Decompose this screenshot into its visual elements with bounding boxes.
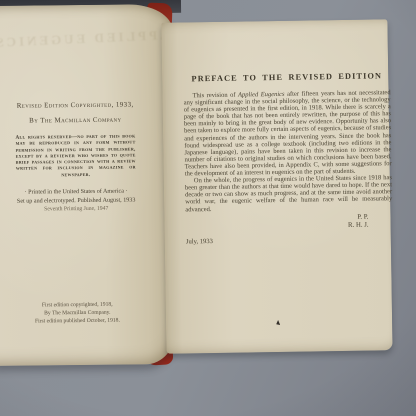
published-august-line: Set up and electrotyped. Published Augus…	[16, 198, 136, 205]
first-edition-block: First edition copyrighted, 1918, By The …	[17, 300, 137, 325]
ink-speck	[276, 320, 280, 325]
ghost-showthrough-text: APPLIED EUGENICS	[0, 27, 173, 51]
open-book-photo: APPLIED EUGENICS Revised Edition Copyrig…	[0, 0, 416, 416]
preface-text-block: PREFACE TO THE REVISED EDITION This revi…	[183, 71, 393, 245]
right-page: PREFACE TO THE REVISED EDITION This revi…	[161, 19, 392, 354]
copyright-block: Revised Edition Copyrighted, 1933, By Th…	[15, 100, 136, 212]
macmillan-company-line: By The Macmillan Company	[15, 115, 135, 124]
left-page: APPLIED EUGENICS Revised Edition Copyrig…	[0, 4, 176, 366]
preface-heading: PREFACE TO THE REVISED EDITION	[183, 71, 390, 83]
preface-paragraph-2: On the whole, the progress of eugenics i…	[185, 174, 393, 213]
author-initials-rhj: R. H. J.	[186, 222, 369, 233]
all-rights-reserved-notice: All rights reserved—no part of this book…	[15, 133, 135, 178]
author-initials: P. P. R. H. J.	[185, 213, 392, 233]
first-edition-line-3: First edition published October, 1918.	[17, 316, 137, 325]
revised-edition-copyright-line: Revised Edition Copyrighted, 1933,	[15, 100, 135, 109]
seventh-printing-line: Seventh Printing June, 1947	[16, 206, 136, 213]
dateline: July, 1933	[186, 235, 393, 245]
paragraph1-body: after fifteen years has not necessitated…	[184, 89, 392, 177]
preface-paragraph-1: This revision of Applied Eugenics after …	[184, 89, 392, 177]
printed-in-usa-line: · Printed in the United States of Americ…	[16, 189, 136, 196]
